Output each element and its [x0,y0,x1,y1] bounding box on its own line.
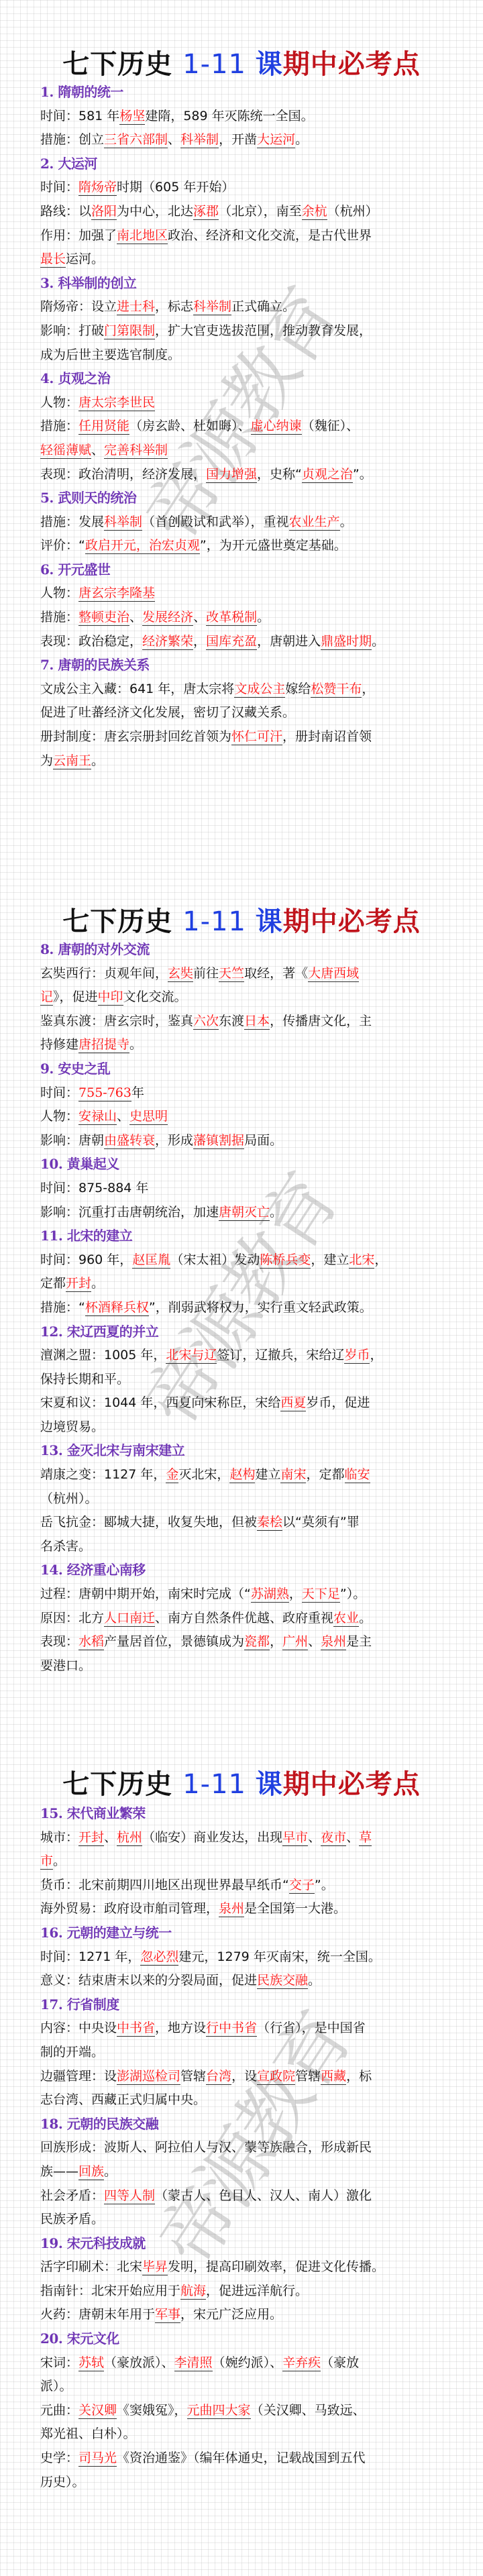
key-term: 唐玄宗李隆基 [78,586,155,602]
section-heading: 20. 宋元文化 [40,2327,443,2351]
text-segment: 要港口。 [40,1658,91,1673]
text-segment: 成为后世主要选官制度。 [40,347,180,362]
key-term: 安禄山 [78,1109,117,1125]
key-term: 余杭 [302,204,327,220]
section-heading: 12. 宋辽西夏的并立 [40,1320,443,1344]
content-line: 岳飞抗金：郾城大捷，收复失地，但被秦桧以“莫须有”罪 [40,1511,443,1535]
text-segment: 宋夏和议：1044 年，西夏向宋称臣，宋给 [40,1395,280,1410]
key-term: 大运河 [257,132,295,148]
text-segment: 。 [372,634,384,649]
text-segment: 是主 [346,1634,372,1649]
title-exam: 期中必考点 [283,49,421,80]
text-segment: 表现：政治清明，经济发展， [40,467,206,482]
key-term: 市 [40,1854,53,1870]
key-term: 杨坚 [119,109,145,125]
content-line: 火药：唐朝末年用于军事，宋元广泛应用。 [40,2303,443,2327]
text-segment: 文化交流。 [123,989,187,1004]
content-line: 意义：结束唐末以来的分裂局面，促进民族交融。 [40,1969,443,1993]
text-segment: 过程：唐朝中期开始，南宋时完成（“ [40,1587,251,1601]
content-line: 路线：以洛阳为中心，北达涿郡（北京），南至余杭（杭州） [40,200,443,224]
text-segment: 评价：“ [40,538,85,553]
text-segment: 为 [40,753,53,768]
content-line: 澶渊之盟：1005 年，北宋与辽签订，辽撤兵，宋给辽岁币， [40,1344,443,1368]
key-term: 军事 [155,2307,180,2323]
key-term: 国库充盈 [206,634,257,650]
text-segment: 、南方自然条件优越、政府重视 [155,1611,333,1625]
content-line: 社会矛盾：四等人制（蒙古人、色目人、汉人、南人）激化 [40,2184,443,2208]
text-segment: 边疆管理：设 [40,2069,117,2084]
text-segment: 嫁给 [285,682,311,696]
text-segment: 元曲： [40,2403,78,2418]
content-line: 定都开封。 [40,1272,443,1296]
section-heading: 18. 元朝的民族交融 [40,2112,443,2137]
key-term: 由盛转衰 [104,1133,155,1149]
text-segment: ，标 [346,2069,372,2084]
text-segment: 路线：以 [40,204,91,219]
text-segment: （杭州）。 [40,1491,98,1506]
text-segment: ， [374,1252,387,1267]
text-segment: 玄奘西行：贞观年间， [40,966,168,981]
section-heading: 9. 安史之乱 [40,1057,443,1081]
text-segment: ”。 [353,467,372,482]
text-segment: 回族形成：波斯人、阿拉伯人与汉、蒙等族融合，形成新民 [40,2140,372,2155]
content-page-3: 15. 宋代商业繁荣城市：开封、杭州（临安）商业发达，出现早市、夜市、草市。货币… [40,1802,443,2494]
text-segment: ，扩大官吏选拔范围，推动教育发展， [155,323,372,338]
content-line: 回族形成：波斯人、阿拉伯人与汉、蒙等族融合，形成新民 [40,2136,443,2160]
key-term: 唐太宗李世民 [78,395,155,411]
text-segment: 火药：唐朝末年用于 [40,2307,155,2322]
text-segment: ，建立 [311,1252,349,1267]
section-heading: 19. 宋元科技成就 [40,2232,443,2256]
text-segment: 表现：政治稳定， [40,634,142,649]
text-segment: 海外贸易：政府设市舶司管理， [40,1901,219,1916]
title-range: 1-11 [182,1769,256,1800]
text-segment: 取经，著《 [244,966,308,981]
key-term: 李清照 [174,2355,213,2371]
text-segment: （婉约派）、 [213,2355,283,2370]
content-line: 宋夏和议：1044 年，西夏向宋称臣，宋给西夏岁币，促进 [40,1391,443,1415]
content-line: 为云南王。 [40,749,443,773]
key-term: 开封 [78,1830,104,1846]
content-line: 时间：875-884 年 [40,1177,443,1201]
content-page-2: 8. 唐朝的对外交流玄奘西行：贞观年间，玄奘前往天竺取经，著《大唐西域记》，促进… [40,938,443,1678]
text-segment: 、 [308,1634,321,1649]
text-segment: 活字印刷术：北宋 [40,2259,142,2274]
key-term: 史思明 [129,1109,168,1125]
key-term: 毕昇 [142,2259,168,2275]
text-segment: 社会矛盾： [40,2188,104,2203]
title-lesson: 课 [256,49,283,80]
text-segment: 。 [91,753,104,768]
key-term: 中书省 [117,2021,155,2037]
text-segment: 年 [131,1085,144,1100]
text-segment: 、 [168,132,180,147]
section-heading: 1. 隋朝的统一 [40,80,443,105]
content-line: 活字印刷术：北宋毕昇发明，提高印刷效率，促进文化传播。 [40,2255,443,2279]
text-segment: 作用：加强了 [40,228,117,243]
content-line: 货币：北宋前期四川地区出现世界最早纸币“交子”。 [40,1874,443,1898]
text-segment: 隋炀帝：设立 [40,299,117,314]
key-term: 人口南迁 [104,1611,155,1627]
key-term: 科举制 [104,515,142,531]
text-segment: 建隋，589 年灭陈统一全国。 [145,109,313,123]
key-term: 南北地区 [117,228,168,244]
content-line: 民族矛盾。 [40,2208,443,2232]
text-segment: ， [370,1348,382,1362]
text-segment: 运河。 [66,252,104,266]
key-term: 忽必烈 [140,1949,178,1966]
key-term: 发展经济 [142,610,193,626]
section-heading: 10. 黄巢起义 [40,1152,443,1177]
text-segment: 指南针：北宋开始应用于 [40,2284,180,2298]
text-segment: ”）。 [340,1587,366,1601]
text-segment: ”，为开元盛世奠定基础。 [200,538,347,553]
text-segment: 。 [129,1037,142,1052]
text-segment: （临安）商业发达，出现 [142,1830,282,1845]
text-segment: 靖康之变：1127 年， [40,1467,166,1482]
key-term: 南宋 [280,1467,306,1483]
text-segment: 促进了吐蕃经济文化发展，密切了汉藏关系。 [40,705,295,720]
content-line: 表现：水稻产量居首位，景德镇成为瓷都，广州、泉州是主 [40,1630,443,1654]
text-segment: ，册封南诏首领 [282,729,372,744]
title-range: 1-11 [182,906,256,937]
title-range: 1-11 [182,49,256,80]
section-heading: 11. 北宋的建立 [40,1224,443,1248]
key-term: 改革税制 [206,610,257,626]
text-segment: 为中心，北达 [117,204,193,219]
text-segment: （魏征）、 [302,419,360,433]
key-term: 云南王 [53,753,91,769]
key-term: 西夏 [280,1395,306,1411]
key-term: 松赞干布 [311,682,362,698]
key-term: 元曲四大家 [187,2403,251,2419]
text-segment: （杭州） [327,204,378,219]
content-line: 影响：唐朝由盛转衰，形成藩镇割据局面。 [40,1129,443,1153]
title-lesson: 课 [256,906,283,937]
text-segment: 签订，辽撤兵，宋给辽 [217,1348,344,1362]
section-heading: 14. 经济重心南移 [40,1558,443,1582]
text-segment: 派）。 [40,2379,72,2394]
key-term: 澎湖巡检司 [117,2069,180,2085]
key-term: 秦桧 [257,1515,282,1531]
text-segment: 管辖 [295,2069,321,2084]
key-term: 天竺 [219,966,244,982]
text-segment: ，标志 [155,299,193,314]
key-term: 科举制 [193,299,231,315]
text-segment: 建元，1279 年灭南宋，统一全国。 [178,1949,380,1964]
text-segment: 、 [308,1830,321,1845]
content-line: 最长运河。 [40,248,443,272]
key-term: 北宋与辽 [166,1348,217,1364]
content-line: 时间：960 年，赵匡胤（宋太祖）发动陈桥兵变，建立北宋， [40,1248,443,1273]
content-line: 历史）。 [40,2471,443,2495]
content-line: 记》，促进中印文化交流。 [40,985,443,1010]
key-term: 泉州 [219,1901,244,1917]
key-term: 记 [40,989,53,1006]
text-segment: 《窦娥冤》， [117,2403,187,2418]
text-segment: 灭北宋， [178,1467,229,1482]
content-page-1: 1. 隋朝的统一时间：581 年杨坚建隋，589 年灭陈统一全国。措施：创立三省… [40,80,443,773]
text-segment: 时间： [40,1085,78,1100]
content-line: 原因：北方人口南迁、南方自然条件优越、政府重视农业。 [40,1607,443,1631]
text-segment: （首创殿试和武举），重视 [142,515,289,529]
key-term: 国力增强 [206,467,257,483]
content-line: 内容：中央设中书省，地方设行中书省（行省），是中国省 [40,2017,443,2041]
text-segment: 、 [346,1830,359,1845]
title-exam: 期中必考点 [283,906,421,937]
key-term: 金 [166,1467,178,1483]
content-line: 册封制度：唐玄宗册封回纥首领为怀仁可汗，册封南诏首领 [40,725,443,749]
key-term: 虚心纳谏 [251,419,302,435]
section-heading: 13. 金灭北宋与南宋建立 [40,1439,443,1463]
text-segment: 历史）。 [40,2475,85,2489]
key-term: 唐朝灭亡 [219,1205,270,1221]
text-segment: 。 [340,515,353,529]
content-line: 措施：创立三省六部制、科举制，开凿大运河。 [40,128,443,152]
text-segment: 措施：发展 [40,515,104,529]
content-line: 海外贸易：政府设市舶司管理，泉州是全国第一大港。 [40,1897,443,1921]
text-segment: 志台湾、西藏正式归属中央。 [40,2092,206,2107]
text-segment: 政治、经济和文化交流，是古代世界 [168,228,372,243]
text-segment: 《资治通鉴》（编年体通史，记载战国到五代 [117,2451,366,2465]
content-line: 轻徭薄赋、完善科举制 [40,439,443,463]
key-term: 宣政院 [257,2069,295,2085]
text-segment: 意义：结束唐末以来的分裂局面，促进 [40,1973,257,1988]
key-term: 交子 [289,1878,315,1894]
text-segment: 发明，提高印刷效率，促进文化传播。 [168,2259,384,2274]
key-term: 经济繁荣 [142,634,193,650]
text-segment: 人物： [40,1109,78,1124]
text-segment: 。 [359,1611,372,1625]
key-term: 岁币 [344,1348,370,1364]
text-segment: 城市： [40,1830,78,1845]
section-heading: 2. 大运河 [40,152,443,176]
key-term: 陈桥兵变 [260,1252,311,1269]
key-term: 农业生产 [289,515,340,531]
text-segment: （行省），是中国省 [257,2021,366,2035]
text-segment: ，史称“ [257,467,302,482]
key-term: 草 [359,1830,372,1846]
text-segment: 以“莫须有”罪 [282,1515,360,1529]
text-segment: 民族矛盾。 [40,2212,104,2226]
text-segment: 边境贸易。 [40,1419,104,1434]
text-segment: 内容：中央设 [40,2021,117,2035]
key-term: 藩镇割据 [193,1133,244,1149]
content-line: 措施：“杯酒释兵权”，削弱武将权力，实行重文轻武政策。 [40,1296,443,1320]
text-segment: 措施：创立 [40,132,104,147]
text-segment: 时间：581 年 [40,109,119,123]
key-term: 行中书省 [206,2021,257,2037]
section-heading: 6. 开元盛世 [40,558,443,582]
section-heading: 8. 唐朝的对外交流 [40,938,443,962]
text-segment: 管辖 [180,2069,206,2084]
key-term: 隋炀帝 [78,180,117,196]
content-line: 隋炀帝：设立进士科，标志科举制正式确立。 [40,295,443,319]
content-line: 指南针：北宋开始应用于航海，促进远洋航行。 [40,2279,443,2304]
key-term: 四等人制 [104,2188,155,2204]
content-line: 影响：打破门第限制，扩大官吏选拔范围，推动教育发展， [40,319,443,343]
text-segment: 影响：沉重打击唐朝统治，加速 [40,1205,219,1220]
key-term: 杯酒释兵权 [85,1300,149,1316]
text-segment: （蒙古人、色目人、汉人、南人）激化 [155,2188,372,2203]
text-segment: ， [270,1634,282,1649]
content-line: 市。 [40,1849,443,1874]
text-segment: 保持长期和平。 [40,1372,129,1387]
section-heading: 3. 科举制的创立 [40,272,443,296]
content-line: 措施：任用贤能（房玄龄、杜如晦）、虚心纳谏（魏征）、 [40,415,443,439]
content-line: 时间：755-763年 [40,1081,443,1106]
text-segment: ”，削弱武将权力，实行重文轻武政策。 [149,1300,372,1315]
section-heading: 7. 唐朝的民族关系 [40,653,443,678]
key-term: 早市 [282,1830,308,1846]
text-segment: 定都 [40,1276,66,1291]
text-segment: 建立 [255,1467,280,1482]
key-term: 航海 [180,2284,206,2300]
section-heading: 5. 武则天的统治 [40,486,443,511]
text-segment: ， [289,1587,302,1601]
key-term: 日本 [244,1014,270,1030]
section-heading: 4. 贞观之治 [40,367,443,391]
title-subject: 七下历史 [62,1769,182,1800]
content-line: 影响：沉重打击唐朝统治，加速唐朝灭亡。 [40,1201,443,1225]
text-segment: 》，促进 [53,989,98,1004]
text-segment: 宋词： [40,2355,78,2370]
content-line: 促进了吐蕃经济文化发展，密切了汉藏关系。 [40,701,443,725]
key-term: 科举制 [180,132,219,148]
key-term: 台湾 [206,2069,231,2085]
key-term: 瓷都 [244,1634,270,1650]
key-term: 洛阳 [91,204,117,220]
content-line: 措施：整顿吏治、发展经济、改革税制。 [40,606,443,630]
key-term: 苏湖熟 [251,1587,289,1603]
key-term: 赵构 [229,1467,255,1483]
key-term: 临安 [345,1467,370,1483]
content-line: 郑光祖、白朴）。 [40,2422,443,2447]
text-segment: 制的开端。 [40,2045,104,2059]
text-segment: 、 [91,443,104,458]
key-term: 755-763 [78,1085,131,1102]
content-line: 族——回族。 [40,2160,443,2184]
text-segment: 。 [53,1854,66,1868]
title-lesson: 课 [256,1769,283,1800]
text-segment: （北京），南至 [219,204,302,219]
text-segment: 鉴真东渡：唐玄宗时，鉴真 [40,1014,193,1028]
key-term: 水稻 [78,1634,104,1650]
key-term: 玄奘 [168,966,193,982]
content-line: 成为后世主要选官制度。 [40,343,443,368]
text-segment: 东渡 [219,1014,244,1028]
text-segment: 文成公主入藏：641 年，唐太宗将 [40,682,234,696]
text-segment: 。 [308,1973,321,1988]
key-term: 关汉卿 [78,2403,117,2419]
text-segment: 名杀害。 [40,1539,91,1554]
title-exam: 期中必考点 [283,1769,421,1800]
text-segment: ，形成 [155,1133,193,1148]
text-segment: 。 [91,1276,104,1291]
content-line: 作用：加强了南北地区政治、经济和文化交流，是古代世界 [40,224,443,248]
key-term: 开封 [66,1276,91,1292]
text-segment: 时期（605 年开始） [117,180,234,195]
key-term: 整顿吏治 [78,610,129,626]
text-segment: ，开凿 [219,132,257,147]
text-segment: 。 [104,2164,117,2179]
text-segment: 人物： [40,586,78,600]
content-line: 时间：隋炀帝时期（605 年开始） [40,176,443,200]
key-term: 进士科 [117,299,155,315]
key-term: 天下足 [302,1587,340,1603]
text-segment: ，传播唐文化，主 [270,1014,372,1028]
key-term: 怀仁可汗 [231,729,282,745]
content-line: 人物：唐太宗李世民 [40,391,443,415]
key-term: 司马光 [78,2451,117,2467]
content-line: 时间：581 年杨坚建隋，589 年灭陈统一全国。 [40,105,443,129]
text-segment: 郑光祖、白朴）。 [40,2426,136,2441]
text-segment: 时间：1271 年， [40,1949,140,1964]
text-segment: ，定都 [306,1467,344,1482]
text-segment: 岳飞抗金：郾城大捷，收复失地，但被 [40,1515,257,1529]
text-segment: （豪放派）、 [104,2355,174,2370]
text-segment: （豪放 [321,2355,359,2370]
text-segment: 前往 [193,966,219,981]
content-line: 表现：政治稳定，经济繁荣，国库充盈，唐朝进入鼎盛时期。 [40,630,443,654]
text-segment: 措施： [40,610,78,625]
key-term: 泉州 [321,1634,346,1650]
content-line: 评价：“政启开元，治宏贞观”，为开元盛世奠定基础。 [40,534,443,558]
text-segment: 、 [193,610,206,625]
content-line: 名杀害。 [40,1535,443,1559]
key-term: 政启开元，治宏贞观 [85,538,200,554]
content-line: 要港口。 [40,1654,443,1678]
page-title: 七下历史 1-11 课期中必考点 [0,906,483,938]
content-line: （杭州）。 [40,1487,443,1511]
key-term: 三省六部制 [104,132,168,148]
text-segment: 产量居首位，景德镇成为 [104,1634,244,1649]
content-line: 边境贸易。 [40,1415,443,1440]
text-segment: 岁币，促进 [306,1395,370,1410]
content-line: 鉴真东渡：唐玄宗时，鉴真六次东渡日本，传播唐文化，主 [40,1010,443,1034]
text-segment: ”。 [315,1878,334,1892]
text-segment: （关汉卿、马致远、 [251,2403,366,2418]
text-segment: 。 [270,1205,282,1220]
text-segment: 时间：960 年， [40,1252,132,1267]
text-segment: 册封制度：唐玄宗册封回纥首领为 [40,729,231,744]
page-title: 七下历史 1-11 课期中必考点 [0,48,483,80]
key-term: 赵匡胤 [132,1252,170,1269]
section-heading: 16. 元朝的建立与统一 [40,1921,443,1945]
content-line: 持修建唐招提寺。 [40,1033,443,1057]
key-term: 夜市 [321,1830,346,1846]
text-segment: （房玄龄、杜如晦）、 [129,419,251,433]
text-segment: ，设 [231,2069,257,2084]
text-segment: （宋太祖）发动 [170,1252,260,1267]
key-term: 六次 [193,1014,219,1030]
key-term: 文成公主 [234,682,285,698]
key-term: 贞观之治 [302,467,353,483]
key-term: 农业 [333,1611,359,1627]
text-segment: 。 [257,610,270,625]
text-segment: 货币：北宋前期四川地区出现世界最早纸币“ [40,1878,289,1892]
text-segment: ， [193,634,206,649]
key-term: 回族 [78,2164,104,2180]
content-line: 人物：唐玄宗李隆基 [40,582,443,606]
key-term: 杭州 [117,1830,142,1846]
section-heading: 17. 行省制度 [40,1993,443,2017]
text-segment: ， [362,682,374,696]
page-title: 七下历史 1-11 课期中必考点 [0,1768,483,1801]
content-line: 宋词：苏轼（豪放派）、李清照（婉约派）、辛弃疾（豪放 [40,2351,443,2375]
text-segment: 措施：“ [40,1300,85,1315]
text-segment: 影响：打破 [40,323,104,338]
